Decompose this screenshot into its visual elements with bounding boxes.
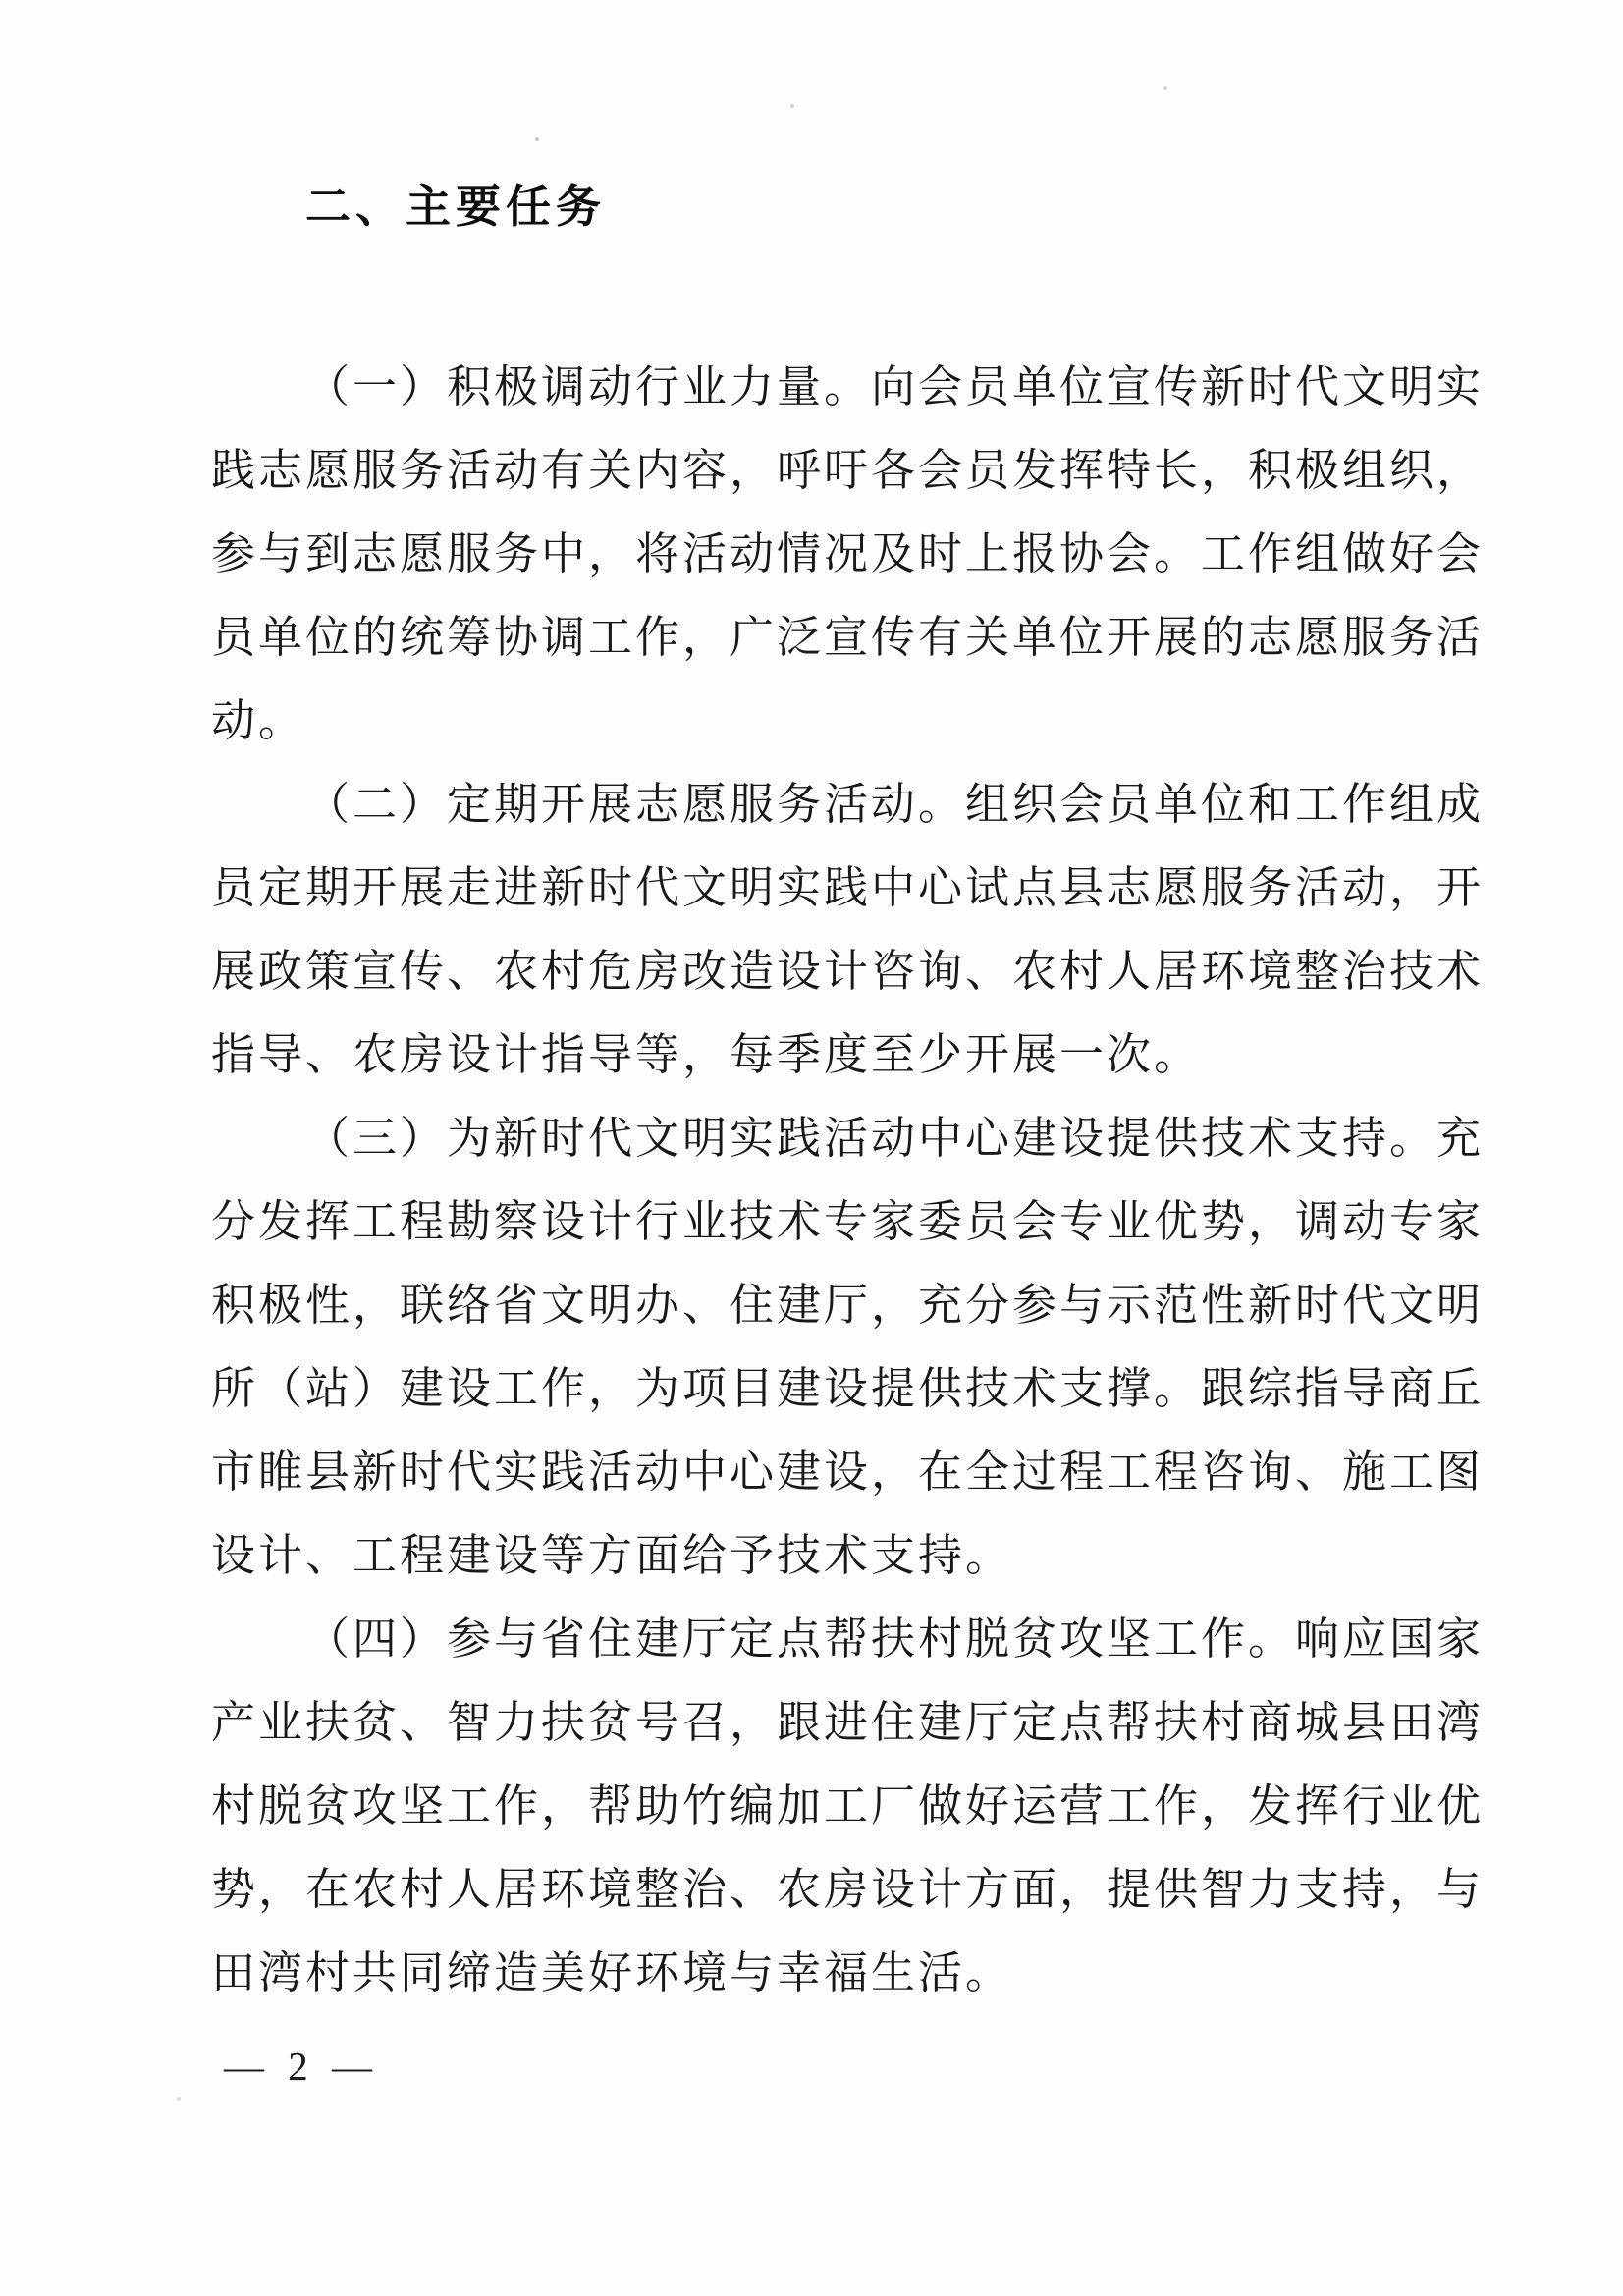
text-line: （三）为新时代文明实践活动中心建设提供技术支持。充: [211, 1097, 1484, 1180]
text-line: （二）定期开展志愿服务活动。组织会员单位和工作组成: [211, 763, 1484, 847]
text-line: 践志愿服务活动有关内容，呼吁各会员发挥特长，积极组织，: [211, 429, 1484, 513]
text-line: （一）积极调动行业力量。向会员单位宣传新时代文明实: [211, 346, 1484, 429]
text-line: （四）参与省住建厅定点帮扶村脱贫攻坚工作。响应国家: [211, 1598, 1484, 1681]
scan-speckles: [535, 137, 539, 141]
text-line: 所（站）建设工作，为项目建设提供技术支撑。跟综指导商丘: [211, 1347, 1484, 1431]
text-line: 势，在农村人居环境整治、农房设计方面，提供智力支持，与: [211, 1848, 1484, 1932]
text-line: 设计、工程建设等方面给予技术支持。: [211, 1514, 1484, 1598]
paragraph: （四）参与省住建厅定点帮扶村脱贫攻坚工作。响应国家产业扶贫、智力扶贫号召，跟进住…: [211, 1598, 1484, 2015]
document-body: （一）积极调动行业力量。向会员单位宣传新时代文明实践志愿服务活动有关内容，呼吁各…: [211, 346, 1484, 2015]
text-line: 动。: [211, 680, 1484, 763]
paragraph: （三）为新时代文明实践活动中心建设提供技术支持。充分发挥工程勘察设计行业技术专家…: [211, 1097, 1484, 1598]
text-line: 分发挥工程勘察设计行业技术专家委员会专业优势，调动专家: [211, 1180, 1484, 1264]
document-page: 二、主要任务 （一）积极调动行业力量。向会员单位宣传新时代文明实践志愿服务活动有…: [0, 0, 1623, 2296]
text-line: 市睢县新时代实践活动中心建设，在全过程工程咨询、施工图: [211, 1431, 1484, 1514]
paragraph: （一）积极调动行业力量。向会员单位宣传新时代文明实践志愿服务活动有关内容，呼吁各…: [211, 346, 1484, 763]
page-number: — 2 —: [224, 2025, 379, 2108]
paragraph: （二）定期开展志愿服务活动。组织会员单位和工作组成员定期开展走进新时代文明实践中…: [211, 763, 1484, 1097]
text-line: 产业扶贫、智力扶贫号召，跟进住建厅定点帮扶村商城县田湾: [211, 1681, 1484, 1765]
text-line: 员定期开展走进新时代文明实践中心试点县志愿服务活动，开: [211, 847, 1484, 930]
text-line: 村脱贫攻坚工作，帮助竹编加工厂做好运营工作，发挥行业优: [211, 1765, 1484, 1848]
text-line: 指导、农房设计指导等，每季度至少开展一次。: [211, 1013, 1484, 1097]
text-line: 积极性，联络省文明办、住建厅，充分参与示范性新时代文明: [211, 1264, 1484, 1347]
section-heading: 二、主要任务: [211, 165, 606, 248]
text-line: 展政策宣传、农村危房改造设计咨询、农村人居环境整治技术: [211, 930, 1484, 1013]
text-line: 田湾村共同缔造美好环境与幸福生活。: [211, 1932, 1484, 2015]
text-line: 参与到志愿服务中，将活动情况及时上报协会。工作组做好会: [211, 513, 1484, 596]
text-line: 员单位的统筹协调工作，广泛宣传有关单位开展的志愿服务活: [211, 596, 1484, 680]
